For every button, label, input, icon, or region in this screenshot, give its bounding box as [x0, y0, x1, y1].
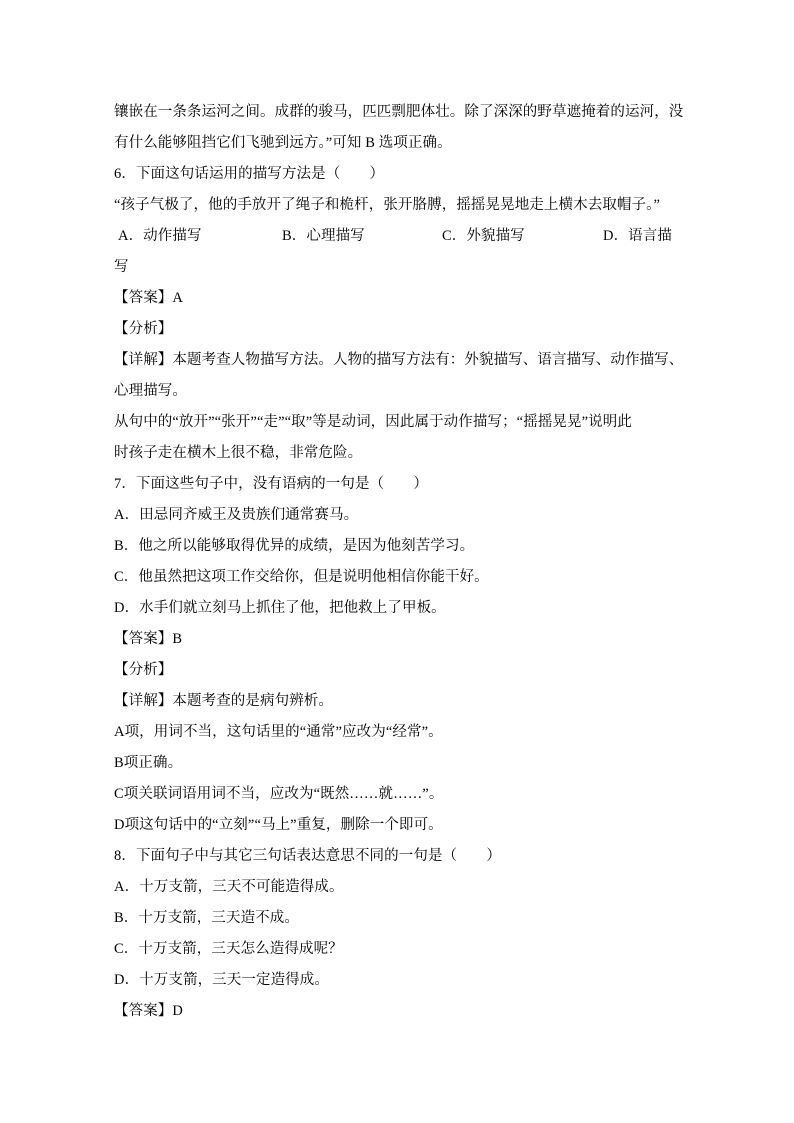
- question-8-option-b: B．十万支箭，三天造不成。: [114, 903, 680, 934]
- question-8-answer: 【答案】D: [114, 996, 680, 1027]
- question-6-analysis-heading: 【分析】: [114, 314, 680, 345]
- question-7-explanation-line-1: 【详解】本题考查的是病句辨析。: [114, 686, 680, 717]
- question-7-option-d: D．水手们就立刻马上抓住了他，把他救上了甲板。: [114, 593, 680, 624]
- question-6-explanation-line-3: 从句中的“放开”“张开”“走”“取”等是动词，因此属于动作描写；“摇摇晃晃”说明…: [114, 407, 680, 438]
- question-6-options-row: A．动作描写 B．心理描写 C．外貌描写 D．语言描: [114, 221, 680, 252]
- question-8-option-c: C．十万支箭，三天怎么造得成呢？: [114, 934, 680, 965]
- document-page: 镶嵌在一条条运河之间。成群的骏马，匹匹剽肥体壮。除了深深的野草遮掩着的运河，没 …: [0, 0, 794, 1123]
- question-6-quote: “孩子气极了，他的手放开了绳子和桅杆，张开胳膊，摇摇晃晃地走上横木去取帽子。”: [114, 190, 680, 221]
- question-6-stem: 6．下面这句话运用的描写方法是（ ）: [114, 159, 680, 190]
- question-8-option-a: A．十万支箭，三天不可能造得成。: [114, 872, 680, 903]
- question-6-answer: 【答案】A: [114, 283, 680, 314]
- question-6-explanation-line-1: 【详解】本题考查人物描写方法。人物的描写方法有：外貌描写、语言描写、动作描写、: [114, 345, 680, 376]
- question-6-option-d-wrap: 写: [114, 252, 680, 283]
- question-8-stem: 8．下面句子中与其它三句话表达意思不同的一句是（ ）: [114, 841, 680, 872]
- question-7-option-c: C．他虽然把这项工作交给你，但是说明他相信你能干好。: [114, 562, 680, 593]
- document-content: 镶嵌在一条条运河之间。成群的骏马，匹匹剽肥体壮。除了深深的野草遮掩着的运河，没 …: [114, 97, 680, 1027]
- question-7-option-a: A．田忌同齐威王及贵族们通常赛马。: [114, 500, 680, 531]
- question-7-explanation-line-3: B项正确。: [114, 748, 680, 779]
- question-7-explanation-line-2: A项，用词不当，这句话里的“通常”应改为“经常”。: [114, 717, 680, 748]
- question-7-option-b: B．他之所以能够取得优异的成绩，是因为他刻苦学习。: [114, 531, 680, 562]
- question-7-stem: 7．下面这些句子中，没有语病的一句是（ ）: [114, 469, 680, 500]
- question-6-explanation-line-2: 心理描写。: [114, 376, 680, 407]
- carryover-paragraph-line-1: 镶嵌在一条条运河之间。成群的骏马，匹匹剽肥体壮。除了深深的野草遮掩着的运河，没: [114, 97, 680, 128]
- question-8-option-d: D．十万支箭，三天一定造得成。: [114, 965, 680, 996]
- carryover-paragraph-line-2: 有什么能够阻挡它们飞驰到远方。”可知 B 选项正确。: [114, 128, 680, 159]
- question-6-option-c: C．外貌描写: [442, 221, 525, 252]
- question-6-explanation-line-4: 时孩子走在横木上很不稳，非常危险。: [114, 438, 680, 469]
- question-7-explanation-line-4: C项关联词语用词不当，应改为“既然……就……”。: [114, 779, 680, 810]
- question-6-option-b: B．心理描写: [282, 221, 365, 252]
- question-6-option-a: A．动作描写: [118, 221, 202, 252]
- question-6-option-d: D．语言描: [603, 221, 672, 252]
- question-7-answer: 【答案】B: [114, 624, 680, 655]
- question-7-analysis-heading: 【分析】: [114, 655, 680, 686]
- question-7-explanation-line-5: D项这句话中的“立刻”“马上”重复，删除一个即可。: [114, 810, 680, 841]
